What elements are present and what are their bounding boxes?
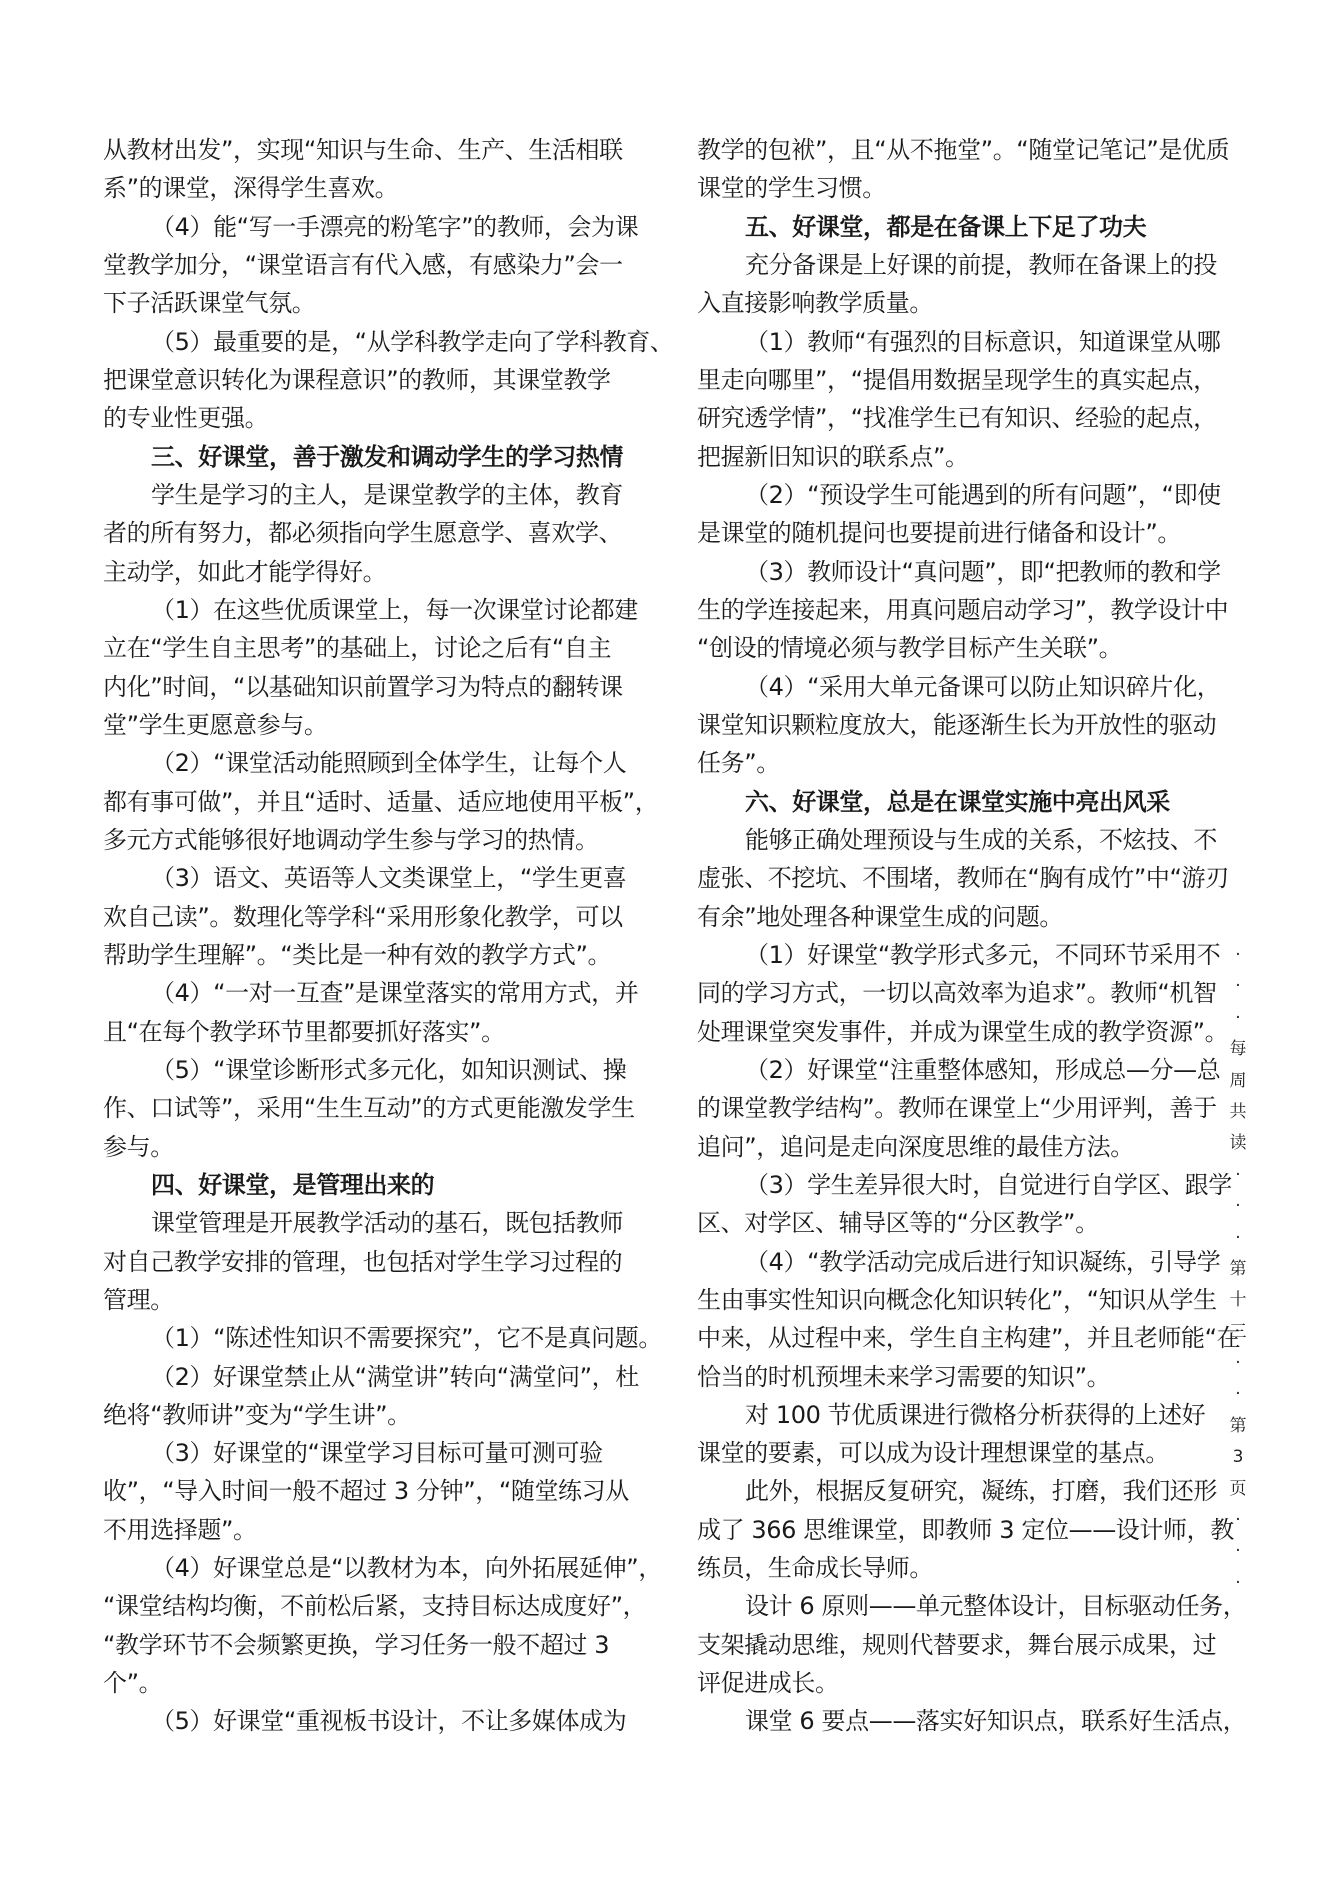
text-line: 成了 366 思维课堂，即教师 3 定位——设计师，教 xyxy=(697,1511,1237,1549)
text-line: 把握新旧知识的联系点”。 xyxy=(697,438,1237,476)
text-line: 同的学习方式，一切以高效率为追求”。教师“机智 xyxy=(697,974,1237,1012)
text-line: 练员，生命成长导师。 xyxy=(697,1549,1237,1587)
text-line: 的课堂教学结构”。教师在课堂上“少用评判，善于 xyxy=(697,1089,1237,1127)
text-line: （3）学生差异很大时，自觉进行自学区、跟学 xyxy=(697,1166,1237,1204)
text-line: （5）“课堂诊断形式多元化，如知识测试、操 xyxy=(103,1051,643,1089)
text-line: （4）能“写一手漂亮的粉笔字”的教师，会为课 xyxy=(103,208,643,246)
margin-char: 3 xyxy=(1225,1442,1251,1473)
margin-char: 十 xyxy=(1225,1285,1251,1316)
text-line: 此外，根据反复研究，凝练，打磨，我们还形 xyxy=(697,1472,1237,1510)
text-line: 教学的包袱”，且“从不拖堂”。“随堂记笔记”是优质 xyxy=(697,131,1237,169)
text-line: （3）语文、英语等人文类课堂上，“学生更喜 xyxy=(103,859,643,897)
text-line: 绝将“教师讲”变为“学生讲”。 xyxy=(103,1396,643,1434)
margin-dot: · xyxy=(1225,940,1251,971)
text-line: （4）“采用大单元备课可以防止知识碎片化， xyxy=(697,668,1237,706)
text-line: 从教材出发”，实现“知识与生命、生产、生活相联 xyxy=(103,131,643,169)
text-line: （1）教师“有强烈的目标意识，知道课堂从哪 xyxy=(697,323,1237,361)
margin-char: 每 xyxy=(1225,1034,1251,1065)
text-line: 不用选择题”。 xyxy=(103,1511,643,1549)
text-line: 且“在每个教学环节里都要抓好落实”。 xyxy=(103,1013,643,1051)
margin-dot: · xyxy=(1225,971,1251,1002)
text-line: 虚张、不挖坑、不围堵，教师在“胸有成竹”中“游刃 xyxy=(697,859,1237,897)
text-line: （1）好课堂“教学形式多元，不同环节采用不 xyxy=(697,936,1237,974)
margin-char: 页 xyxy=(1225,1474,1251,1505)
text-line: “课堂结构均衡，不前松后紧，支持目标达成度好”， xyxy=(103,1587,643,1625)
text-line: （2）“预设学生可能遇到的所有问题”，“即使 xyxy=(697,476,1237,514)
text-line: 堂”学生更愿意参与。 xyxy=(103,706,643,744)
text-line: 生的学连接起来，用真问题启动学习”，教学设计中 xyxy=(697,591,1237,629)
text-line: （2）好课堂禁止从“满堂讲”转向“满堂问”，杜 xyxy=(103,1358,643,1396)
section-heading: 四、好课堂，是管理出来的 xyxy=(103,1166,643,1204)
text-line: 的专业性更强。 xyxy=(103,399,643,437)
text-line: 者的所有努力，都必须指向学生愿意学、喜欢学、 xyxy=(103,514,643,552)
text-line: 评促进成长。 xyxy=(697,1664,1237,1702)
text-line: 对自己教学安排的管理，也包括对学生学习过程的 xyxy=(103,1243,643,1281)
text-line: （4）“一对一互查”是课堂落实的常用方式，并 xyxy=(103,974,643,1012)
text-line: （2）“课堂活动能照顾到全体学生，让每个人 xyxy=(103,744,643,782)
text-line: “教学环节不会频繁更换，学习任务一般不超过 3 xyxy=(103,1626,643,1664)
text-line: （4）好课堂总是“以教材为本，向外拓展延伸”， xyxy=(103,1549,643,1587)
section-heading: 三、好课堂，善于激发和调动学生的学习热情 xyxy=(103,438,643,476)
text-line: （1）在这些优质课堂上，每一次课堂讨论都建 xyxy=(103,591,643,629)
text-line: 下子活跃课堂气氛。 xyxy=(103,284,643,322)
text-line: 有余”地处理各种课堂生成的问题。 xyxy=(697,898,1237,936)
text-line: 参与。 xyxy=(103,1128,643,1166)
text-line: （3）教师设计“真问题”，即“把教师的教和学 xyxy=(697,553,1237,591)
text-line: 学生是学习的主人，是课堂教学的主体，教育 xyxy=(103,476,643,514)
text-line: 帮助学生理解”。“类比是一种有效的教学方式”。 xyxy=(103,936,643,974)
left-column: 从教材出发”，实现“知识与生命、生产、生活相联系”的课堂，深得学生喜欢。（4）能… xyxy=(103,131,643,1741)
margin-char: 三 xyxy=(1225,1317,1251,1348)
text-line: 立在“学生自主思考”的基础上，讨论之后有“自主 xyxy=(103,629,643,667)
text-line: 系”的课堂，深得学生喜欢。 xyxy=(103,169,643,207)
text-line: 设计 6 原则——单元整体设计，目标驱动任务， xyxy=(697,1587,1237,1625)
text-line: 个”。 xyxy=(103,1664,643,1702)
text-line: 堂教学加分，“课堂语言有代入感，有感染力”会一 xyxy=(103,246,643,284)
margin-dot: · xyxy=(1225,1568,1251,1599)
margin-char: 读 xyxy=(1225,1128,1251,1159)
text-line: 多元方式能够很好地调动学生参与学习的热情。 xyxy=(103,821,643,859)
text-line: 里走向哪里”，“提倡用数据呈现学生的真实起点， xyxy=(697,361,1237,399)
text-line: （1）“陈述性知识不需要探究”，它不是真问题。 xyxy=(103,1319,643,1357)
text-line: 课堂 6 要点——落实好知识点，联系好生活点， xyxy=(697,1702,1237,1740)
text-line: 研究透学情”，“找准学生已有知识、经验的起点， xyxy=(697,399,1237,437)
text-line: （2）好课堂“注重整体感知，形成总—分—总 xyxy=(697,1051,1237,1089)
text-line: 恰当的时机预埋未来学习需要的知识”。 xyxy=(697,1358,1237,1396)
text-line: 课堂的要素，可以成为设计理想课堂的基点。 xyxy=(697,1434,1237,1472)
text-line: 把课堂意识转化为课程意识”的教师，其课堂教学 xyxy=(103,361,643,399)
text-line: 内化”时间，“以基础知识前置学习为特点的翻转课 xyxy=(103,668,643,706)
text-line: 作、口试等”，采用“生生互动”的方式更能激发学生 xyxy=(103,1089,643,1127)
margin-dot: · xyxy=(1225,1223,1251,1254)
text-line: （4）“教学活动完成后进行知识凝练，引导学 xyxy=(697,1243,1237,1281)
text-line: “创设的情境必须与教学目标产生关联”。 xyxy=(697,629,1237,667)
text-line: 主动学，如此才能学得好。 xyxy=(103,553,643,591)
side-margin-label: ···每周共读···第十三··第3页··· xyxy=(1225,940,1251,1599)
text-line: 能够正确处理预设与生成的关系，不炫技、不 xyxy=(697,821,1237,859)
text-line: 课堂的学生习惯。 xyxy=(697,169,1237,207)
text-line: 支架撬动思维，规则代替要求，舞台展示成果，过 xyxy=(697,1626,1237,1664)
text-line: 是课堂的随机提问也要提前进行储备和设计”。 xyxy=(697,514,1237,552)
margin-dot: · xyxy=(1225,1191,1251,1222)
text-line: （5）最重要的是，“从学科教学走向了学科教育、 xyxy=(103,323,643,361)
margin-char: 周 xyxy=(1225,1066,1251,1097)
margin-dot: · xyxy=(1225,1379,1251,1410)
text-line: 对 100 节优质课进行微格分析获得的上述好 xyxy=(697,1396,1237,1434)
margin-char: 共 xyxy=(1225,1097,1251,1128)
margin-char: 第 xyxy=(1225,1411,1251,1442)
margin-dot: · xyxy=(1225,1348,1251,1379)
section-heading: 五、好课堂，都是在备课上下足了功夫 xyxy=(697,208,1237,246)
text-line: 课堂知识颗粒度放大，能逐渐生长为开放性的驱动 xyxy=(697,706,1237,744)
margin-dot: · xyxy=(1225,1536,1251,1567)
text-line: 中来，从过程中来，学生自主构建”，并且老师能“在 xyxy=(697,1319,1237,1357)
text-line: 区、对学区、辅导区等的“分区教学”。 xyxy=(697,1204,1237,1242)
document-page: 从教材出发”，实现“知识与生命、生产、生活相联系”的课堂，深得学生喜欢。（4）能… xyxy=(0,0,1339,1894)
margin-dot: · xyxy=(1225,1003,1251,1034)
text-line: 充分备课是上好课的前提，教师在备课上的投 xyxy=(697,246,1237,284)
text-line: 收”，“导入时间一般不超过 3 分钟”，“随堂练习从 xyxy=(103,1472,643,1510)
text-line: （3）好课堂的“课堂学习目标可量可测可验 xyxy=(103,1434,643,1472)
text-line: 管理。 xyxy=(103,1281,643,1319)
text-line: 欢自己读”。数理化等学科“采用形象化教学，可以 xyxy=(103,898,643,936)
text-line: 都有事可做”，并且“适时、适量、适应地使用平板”， xyxy=(103,783,643,821)
text-line: 追问”，追问是走向深度思维的最佳方法。 xyxy=(697,1128,1237,1166)
section-heading: 六、好课堂，总是在课堂实施中亮出风采 xyxy=(697,783,1237,821)
text-line: 任务”。 xyxy=(697,744,1237,782)
margin-dot: · xyxy=(1225,1160,1251,1191)
text-line: 课堂管理是开展教学活动的基石，既包括教师 xyxy=(103,1204,643,1242)
text-line: （5）好课堂“重视板书设计，不让多媒体成为 xyxy=(103,1702,643,1740)
text-line: 处理课堂突发事件，并成为课堂生成的教学资源”。 xyxy=(697,1013,1237,1051)
right-column: 教学的包袱”，且“从不拖堂”。“随堂记笔记”是优质课堂的学生习惯。五、好课堂，都… xyxy=(697,131,1237,1741)
margin-dot: · xyxy=(1225,1505,1251,1536)
text-line: 生由事实性知识向概念化知识转化”，“知识从学生 xyxy=(697,1281,1237,1319)
margin-char: 第 xyxy=(1225,1254,1251,1285)
text-line: 入直接影响教学质量。 xyxy=(697,284,1237,322)
